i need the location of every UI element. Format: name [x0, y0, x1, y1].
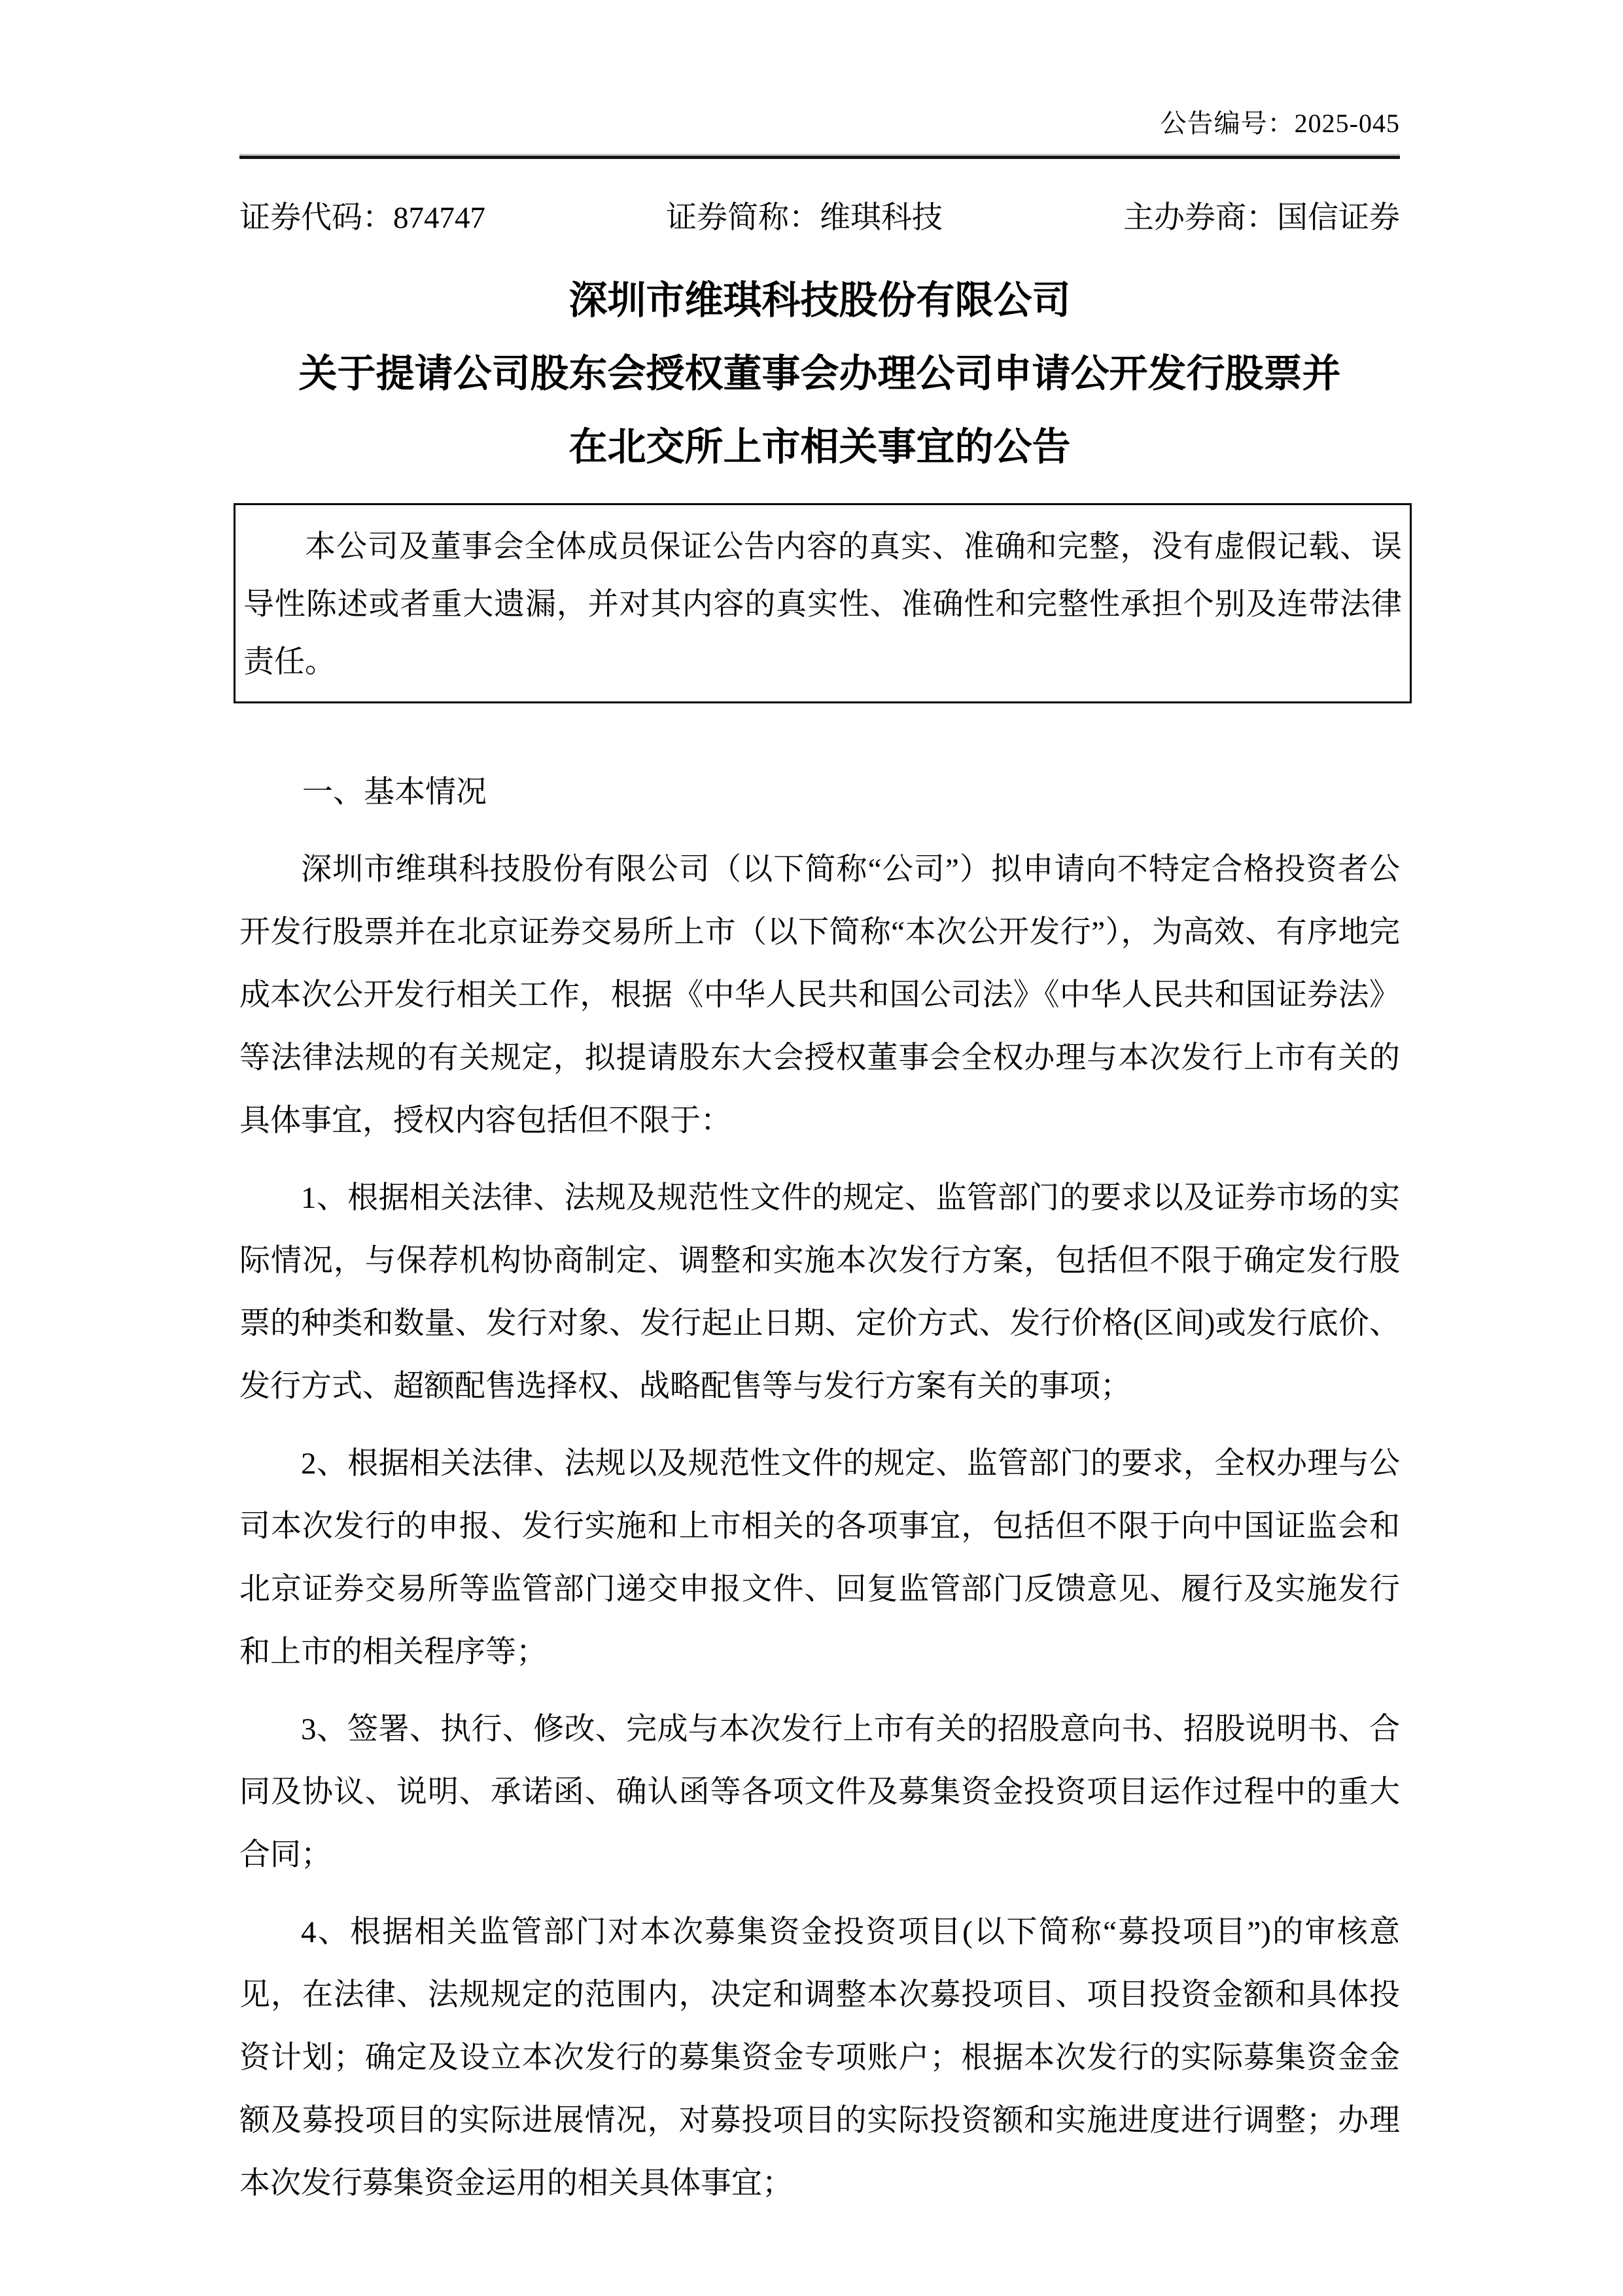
sponsor-broker-label: 主办券商：国信证券: [1123, 200, 1400, 236]
title-line-3: 在北交所上市相关事宜的公告: [239, 410, 1400, 484]
page-content: 公告编号：2025-045 证券代码：874747 证券简称：维琪科技 主办券商…: [0, 0, 1623, 2215]
header-rule-line: [239, 156, 1400, 159]
section-heading-basic-info: 一、基本情况: [239, 761, 1400, 824]
securities-info-row: 证券代码：874747 证券简称：维琪科技 主办券商：国信证券: [239, 200, 1400, 236]
body-paragraph: 2、根据相关法律、法规以及规范性文件的规定、监管部门的要求，全权办理与公司本次发…: [239, 1432, 1400, 1684]
header-rule: [239, 154, 1400, 159]
stock-code-label: 证券代码：874747: [239, 200, 485, 236]
disclaimer-box: 本公司及董事会全体成员保证公告内容的真实、准确和完整，没有虚假记载、误导性陈述或…: [234, 503, 1412, 703]
body-paragraph: 3、签署、执行、修改、完成与本次发行上市有关的招股意向书、招股说明书、合同及协议…: [239, 1698, 1400, 1886]
announcement-page: 公告编号：2025-045 证券代码：874747 证券简称：维琪科技 主办券商…: [0, 0, 1623, 2296]
body-paragraph: 4、根据相关监管部门对本次募集资金投资项目(以下简称“募投项目”)的审核意见，在…: [239, 1901, 1400, 2215]
title-line-2: 关于提请公司股东会授权董事会办理公司申请公开发行股票并: [239, 337, 1400, 410]
title-company-name: 深圳市维琪科技股份有限公司: [239, 264, 1400, 337]
body-paragraph: 深圳市维琪科技股份有限公司（以下简称“公司”）拟申请向不特定合格投资者公开发行股…: [239, 838, 1400, 1152]
disclaimer-text: 本公司及董事会全体成员保证公告内容的真实、准确和完整，没有虚假记载、误导性陈述或…: [243, 518, 1402, 691]
notice-number: 公告编号：2025-045: [239, 0, 1400, 139]
announcement-title: 深圳市维琪科技股份有限公司 关于提请公司股东会授权董事会办理公司申请公开发行股票…: [239, 264, 1400, 484]
body-paragraph: 1、根据相关法律、法规及规范性文件的规定、监管部门的要求以及证券市场的实际情况，…: [239, 1167, 1400, 1418]
stock-abbr-label: 证券简称：维琪科技: [666, 200, 943, 236]
